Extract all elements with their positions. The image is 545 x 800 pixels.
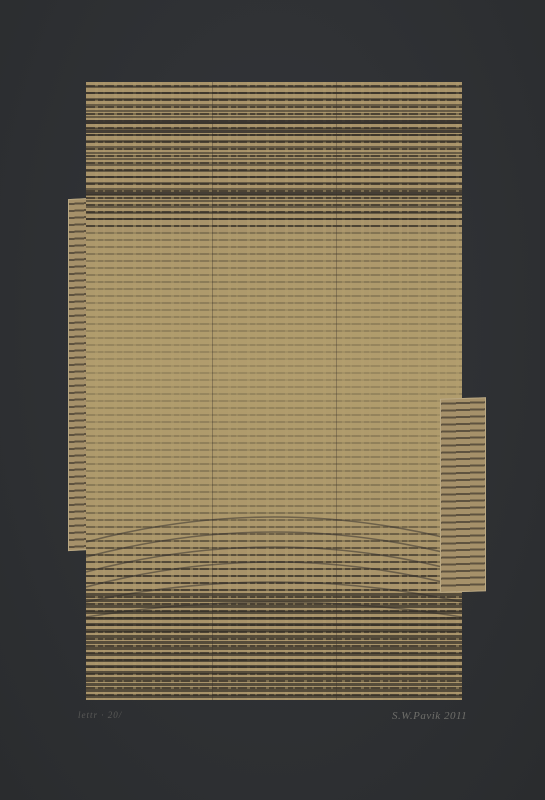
- dense-bottom-lines: [86, 590, 462, 700]
- dense-top-lines: [86, 82, 462, 222]
- gold-print-block: [86, 82, 462, 700]
- right-flap-panel: [440, 397, 486, 593]
- edition-number: lettr · 20/: [78, 710, 122, 720]
- artist-signature: S.W.Pavik 2011: [392, 710, 467, 722]
- text-line-texture: [441, 398, 485, 592]
